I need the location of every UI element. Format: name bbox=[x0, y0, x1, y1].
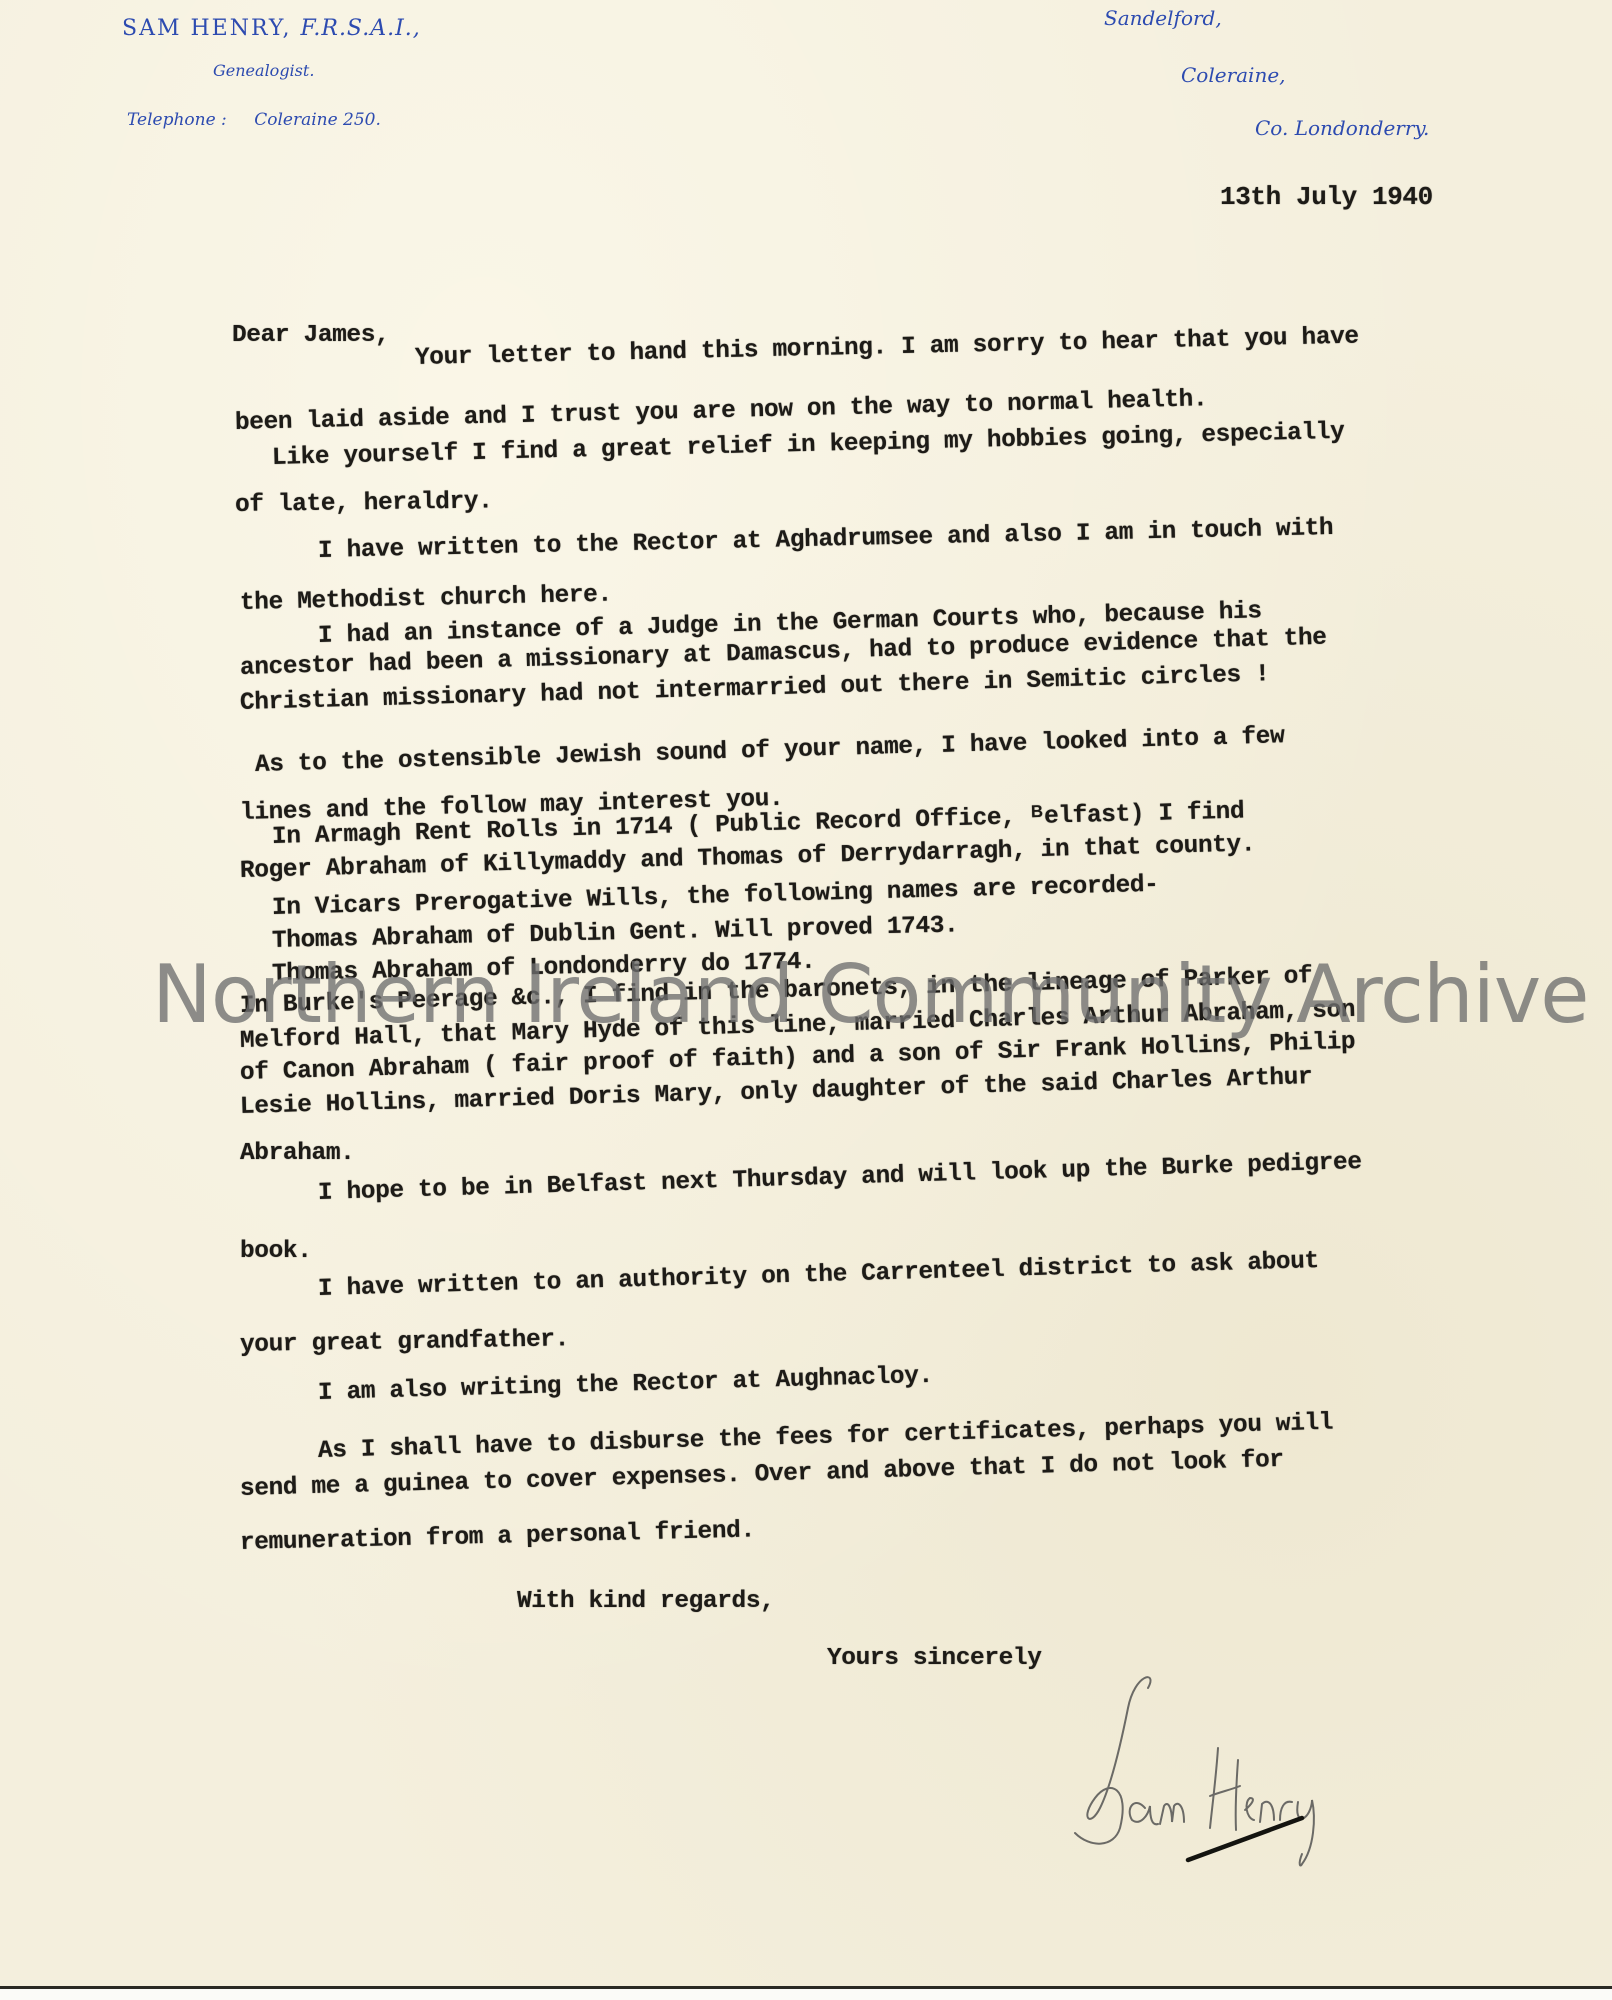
body-line: of late, heraldry. bbox=[235, 488, 493, 519]
body-line: your great grandfather. bbox=[240, 1326, 569, 1359]
letterhead-name: SAM HENRY, F.R.S.A.I., bbox=[122, 16, 421, 41]
handwritten-signature bbox=[1040, 1668, 1460, 1868]
body-line: Your letter to hand this morning. I am s… bbox=[415, 324, 1359, 372]
letter-page: SAM HENRY, F.R.S.A.I., Genealogist. Tele… bbox=[0, 0, 1612, 1989]
body-line: I have written to the Rector at Aghadrum… bbox=[318, 515, 1334, 565]
address-line-3: Co. Londonderry. bbox=[1255, 116, 1429, 140]
letterhead-surname: SAM HENRY, bbox=[122, 16, 292, 41]
salutation: Dear James, bbox=[232, 322, 389, 349]
letterhead-qualifications: F.R.S.A.I., bbox=[301, 16, 421, 41]
body-line: book. bbox=[240, 1238, 312, 1265]
body-line: remuneration from a personal friend. bbox=[240, 1517, 755, 1557]
body-line: Abraham. bbox=[240, 1140, 354, 1167]
telephone-label: Telephone : bbox=[127, 110, 227, 130]
body-line: the Methodist church here. bbox=[240, 582, 612, 617]
scan-border bbox=[0, 1989, 1612, 2000]
body-line: I hope to be in Belfast next Thursday an… bbox=[318, 1149, 1362, 1207]
closing: With kind regards, bbox=[517, 1588, 774, 1615]
telephone-number: Coleraine 250. bbox=[254, 110, 381, 130]
sign-off: Yours sincerely bbox=[827, 1645, 1042, 1672]
body-line: I am also writing the Rector at Aughnacl… bbox=[318, 1363, 934, 1407]
body-line: I have written to an authority on the Ca… bbox=[318, 1248, 1320, 1303]
address-line-1: Sandelford, bbox=[1104, 6, 1222, 30]
address-line-2: Coleraine, bbox=[1181, 63, 1286, 87]
letterhead-role: Genealogist. bbox=[213, 61, 314, 80]
body-line: As to the ostensible Jewish sound of you… bbox=[255, 723, 1285, 779]
letterhead-telephone: Telephone : Coleraine 250. bbox=[127, 110, 381, 130]
letter-date: 13th July 1940 bbox=[1220, 182, 1433, 212]
